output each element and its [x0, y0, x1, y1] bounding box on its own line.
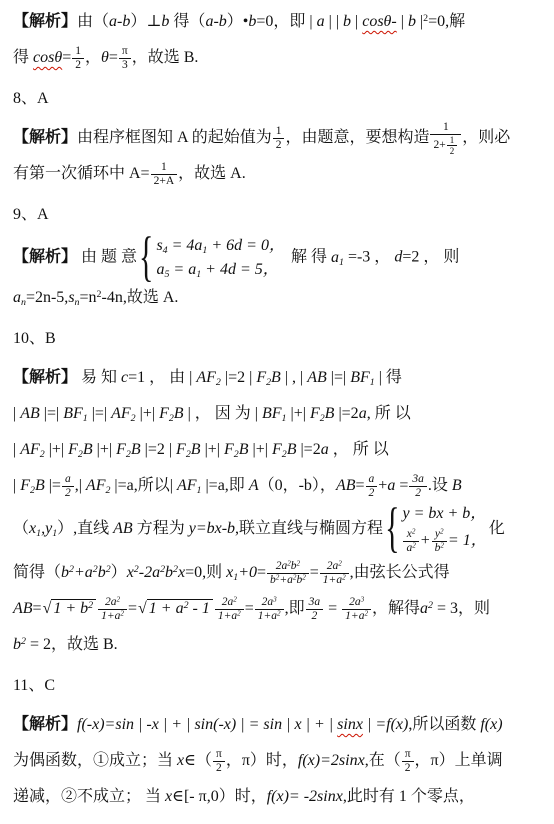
text-run: F2B: [116, 441, 141, 458]
left-brace-icon: {: [139, 225, 153, 292]
fraction-denominator: 2: [72, 59, 84, 72]
text-run: AF1: [177, 477, 202, 494]
text-run: =-3 ，: [344, 249, 394, 266]
text-run: AF2: [196, 369, 221, 386]
text-run: b2: [13, 636, 26, 653]
text-run: =: [324, 600, 341, 617]
text-run: ， 所 以: [329, 441, 389, 458]
fraction-denominator: 2: [366, 487, 378, 500]
spellcheck-squiggle-text: cosθ-: [362, 13, 397, 30]
text-run: | 得: [375, 369, 402, 386]
text-run: =: [128, 600, 137, 617]
fraction-denominator: 2: [306, 610, 324, 623]
text-run: =: [62, 49, 71, 66]
text-run: ∈（: [184, 752, 212, 769]
text-run: ，π）上单调: [415, 752, 503, 769]
solution-10-line-4: | F2B |=a2,| AF2 |=a,所以| AF1 |=a,即 A（0，-…: [13, 468, 546, 504]
text-run: ）: [111, 564, 127, 581]
text-run: |+|: [201, 441, 224, 458]
answer-9: 9、A: [13, 196, 546, 234]
fraction-numerator: 3a: [306, 596, 324, 610]
text-run: 由（: [77, 13, 109, 30]
text-run: ，解得: [372, 600, 420, 617]
text-run: （: [13, 520, 29, 537]
text-run: ）•: [227, 13, 249, 30]
square-root: √1 + b2: [43, 599, 97, 619]
fraction: 12: [273, 125, 285, 152]
solution-10-line-7: AB=√1 + b22a21+a2=√1 + a2 - 12a21+a2=2a3…: [13, 591, 546, 627]
fraction-denominator: 1+a2: [342, 610, 371, 623]
text-run: AB: [20, 405, 40, 422]
text-run: F2B: [20, 477, 45, 494]
solution-10-line-3: | AF2 |+| F2B |+| F2B |=2 | F2B |+| F2B …: [13, 432, 546, 468]
text-run: BF1: [63, 405, 88, 422]
solution-11-line-3: 递减，②不成立； 当 x∈[- π,0）时，f(x)= -2sinx,此时有 1…: [13, 779, 546, 815]
text-run: ，由题意，要想构造: [285, 129, 429, 146]
solution-8-line-2: 有第一次循环中 A=12+A，故选 A.: [13, 156, 546, 192]
text-run: +: [378, 477, 387, 494]
fraction-numerator: x2: [403, 528, 418, 542]
text-run: F2B: [68, 441, 93, 458]
fraction: y2b2: [432, 528, 447, 555]
fraction-denominator: 2: [447, 146, 457, 156]
answer-8: 8、A: [13, 80, 546, 118]
fraction-numerator: 1: [430, 121, 461, 135]
text-run: x1+0: [226, 564, 257, 581]
solution-8-line-1: 【解析】由程序框图知 A 的起始值为12，由题意，要想构造12+12，则必: [13, 120, 546, 156]
fraction-numerator: 1: [72, 45, 84, 59]
text-run: =: [257, 564, 266, 581]
text-run: |+|: [249, 441, 272, 458]
fraction-denominator: a2: [403, 542, 418, 555]
text-run: +: [420, 531, 431, 551]
text-run: ，则必: [462, 129, 510, 146]
fraction-numerator: 2a3: [255, 596, 284, 610]
text-run: |=|: [327, 369, 350, 386]
fraction: 2a31+a2: [342, 596, 371, 623]
text-run: a-b: [205, 13, 226, 30]
spellcheck-squiggle-text: cosθ: [33, 49, 62, 66]
fraction: 12: [447, 135, 457, 156]
fraction-numerator: 3a: [409, 473, 427, 487]
text-run: , 所 以: [367, 405, 411, 422]
text-run: 得: [13, 49, 33, 66]
text-run: s4 = 4a1 + 6d = 0，: [156, 236, 285, 256]
text-run: = 1，: [448, 531, 487, 551]
text-run: =: [355, 477, 364, 494]
text-run: |+|: [287, 405, 310, 422]
fraction: 3a2: [409, 473, 427, 500]
fraction: π2: [402, 748, 414, 775]
solution-7-line-2: 得 cosθ=12，θ=π3，故选 B.: [13, 40, 546, 76]
analysis-label: 【解析】: [13, 13, 77, 30]
fraction-denominator: 1+a2: [320, 574, 349, 587]
fraction-numerator: 2a3: [342, 596, 371, 610]
text-run: θ: [101, 49, 109, 66]
fraction-denominator: 2: [213, 762, 225, 775]
text-run: |=: [45, 477, 61, 494]
fraction-numerator: 1: [151, 161, 178, 175]
solution-9-line-2: an=2n-5,sn=n2-4n,故选 A.: [13, 280, 546, 316]
text-run: |=2 |: [221, 369, 256, 386]
analysis-label: 【解析】: [13, 249, 77, 266]
text-run: 简得（: [13, 564, 61, 581]
text-run: |=|: [40, 405, 63, 422]
text-run: ,在（: [365, 752, 401, 769]
text-run: AB: [336, 477, 356, 494]
text-run: ,联立直线与椭圆方程: [235, 520, 383, 537]
fraction-numerator: π: [119, 45, 131, 59]
text-run: f(x): [480, 716, 502, 733]
solution-10-line-1: 【解析】 易 知 c=1 ， 由 | AF2 |=2 | F2B | , | A…: [13, 360, 546, 396]
text-run: = 2，故选 B.: [26, 636, 118, 653]
text-run: a: [317, 13, 325, 30]
text-run: |+|: [45, 441, 68, 458]
fraction-numerator: π: [402, 748, 414, 762]
text-run: =: [109, 49, 118, 66]
document-body: 【解析】由（a-b）⊥b 得（a-b）•b=0，即 | a | | b | co…: [13, 4, 546, 815]
text-run: a2: [420, 600, 433, 617]
text-run: 化: [489, 520, 505, 537]
text-run: | , |: [281, 369, 307, 386]
text-run: =n2-4n,故选 A.: [80, 289, 179, 306]
text-run: ∈[- π,0）时，: [172, 788, 267, 805]
text-run: a5 = a1 + 4d = 5，: [156, 260, 278, 280]
equation-system-line: y = bx + b，: [402, 504, 486, 524]
square-root: √1 + a2 - 1: [138, 599, 213, 619]
text-run: F2B: [256, 369, 281, 386]
text-run: =2n-5,: [26, 289, 68, 306]
text-run: 2+: [433, 139, 445, 151]
fraction-denominator: b2+a2b2: [267, 574, 309, 587]
fraction-numerator: 1: [273, 125, 285, 139]
fraction: 2a2b2b2+a2b2: [267, 560, 309, 587]
fraction: 2a31+a2: [255, 596, 284, 623]
fraction-denominator: 2: [409, 487, 427, 500]
fraction: x2a2: [403, 528, 418, 555]
text-run: ，故选 A.: [178, 165, 246, 182]
solution-10-line-2: | AB |=| BF1 |=| AF2 |+| F2B | ， 因 为 | B…: [13, 396, 546, 432]
text-run: =2 ， 则: [402, 249, 459, 266]
text-run: ,|: [75, 477, 86, 494]
fraction-denominator: 1+a2: [98, 610, 127, 623]
text-run: y = bx + b，: [402, 504, 486, 524]
answer-11: 11、C: [13, 667, 546, 705]
solution-7-line-1: 【解析】由（a-b）⊥b 得（a-b）•b=0，即 | a | | b | co…: [13, 4, 546, 40]
text-run: |+|: [136, 405, 159, 422]
text-run: 由程序框图知 A 的起始值为: [77, 129, 272, 146]
solution-10-line-5: （x1,y1）,直线 AB 方程为 y=bx-b,联立直线与椭圆方程{y = b…: [13, 504, 546, 555]
text-run: |=|: [88, 405, 111, 422]
text-run: AF2: [20, 441, 45, 458]
fraction: 2a21+a2: [215, 596, 244, 623]
fraction: 3a2: [306, 596, 324, 623]
radicand: 1 + a2 - 1: [147, 599, 213, 617]
text-run: AB: [307, 369, 327, 386]
fraction-denominator: b2: [432, 542, 447, 555]
fraction-numerator: π: [213, 748, 225, 762]
text-run: | =f(x): [363, 716, 408, 733]
text-run: b: [343, 13, 351, 30]
text-run: A: [249, 477, 259, 494]
solution-10-line-6: 简得（b2+a2b2）x2-2a2b2x=0,则 x1+0=2a2b2b2+a2…: [13, 555, 546, 591]
fraction-denominator: 2: [273, 139, 285, 152]
text-run: ）,直线: [57, 520, 113, 537]
analysis-label: 【解析】: [13, 369, 77, 386]
text-run: BF1: [262, 405, 287, 422]
text-run: ，故选 B.: [132, 49, 199, 66]
text-run: f(x)=2sinx: [298, 752, 365, 769]
text-run: b: [408, 13, 416, 30]
fraction: a2: [62, 473, 74, 500]
text-run: .设: [428, 477, 452, 494]
text-run: =: [245, 600, 254, 617]
document-page: 【解析】由（a-b）⊥b 得（a-b）•b=0，即 | a | | b | co…: [0, 0, 554, 815]
equation-system: {s4 = 4a1 + 6d = 0，a5 = a1 + 4d = 5，: [139, 236, 285, 280]
text-run: |+|: [93, 441, 116, 458]
text-run: F2B: [272, 441, 297, 458]
text-run: 方程为: [133, 520, 189, 537]
text-run: |=2 |: [141, 441, 176, 458]
fraction-denominator: 2: [402, 762, 414, 775]
text-run: a-b: [109, 13, 130, 30]
text-run: f(x)= -2sinx: [267, 788, 343, 805]
text-run: =: [310, 564, 319, 581]
fraction-numerator: y2: [432, 528, 447, 542]
fraction-numerator: 2a2: [98, 596, 127, 610]
fraction-denominator: 2+12: [430, 135, 461, 156]
fraction: π3: [119, 45, 131, 72]
text-run: =: [395, 477, 408, 494]
fraction: 12+12: [430, 121, 461, 156]
text-run: ,所以函数: [408, 716, 480, 733]
radicand: 1 + b2: [51, 599, 96, 617]
text-run: a1: [331, 249, 344, 266]
fraction-numerator: 2a2: [320, 560, 349, 574]
text-run: =1 ， 由 |: [128, 369, 196, 386]
equation-system-lines: s4 = 4a1 + 6d = 0，a5 = a1 + 4d = 5，: [156, 236, 285, 280]
text-run: |=a,即: [201, 477, 248, 494]
text-run: ,由弦长公式得: [350, 564, 450, 581]
text-run: x2-2a2b2x: [127, 564, 185, 581]
text-run: 为偶函数，①成立；当: [13, 752, 177, 769]
text-run: 有第一次循环中 A=: [13, 165, 150, 182]
text-run: 8、A: [13, 90, 49, 107]
text-run: ，π）时，: [226, 752, 298, 769]
text-run: F2B: [176, 441, 201, 458]
solution-11-line-2: 为偶函数，①成立；当 x∈（π2，π）时，f(x)=2sinx,在（π2，π）上…: [13, 743, 546, 779]
text-run: 11、C: [13, 677, 55, 694]
text-run: |=2: [296, 441, 320, 458]
text-run: =0，即 |: [256, 13, 316, 30]
text-run: x1,y1: [29, 520, 57, 537]
text-run: ）⊥: [130, 13, 161, 30]
text-run: 得（: [169, 13, 205, 30]
text-run: b2+a2b2: [61, 564, 111, 581]
text-run: ,即: [285, 600, 305, 617]
text-run: ,此时有 1 个零点，: [343, 788, 475, 805]
text-run: =0,则: [185, 564, 226, 581]
text-run: 递减，②不成立； 当: [13, 788, 165, 805]
text-run: 9、A: [13, 206, 49, 223]
answer-10: 10、B: [13, 320, 546, 358]
text-run: F2B: [159, 405, 184, 422]
text-run: | ， 因 为 |: [184, 405, 262, 422]
solution-10-line-8: b2 = 2，故选 B.: [13, 627, 546, 663]
solution-9-line-1: 【解析】 由 题 意{s4 = 4a1 + 6d = 0，a5 = a1 + 4…: [13, 236, 546, 280]
text-run: a: [321, 441, 329, 458]
text-run: AB: [13, 600, 33, 617]
text-run: 易 知: [77, 369, 121, 386]
fraction: 12+A: [151, 161, 178, 188]
text-run: （0，-b），: [259, 477, 336, 494]
equation-system-line: s4 = 4a1 + 6d = 0，: [156, 236, 285, 256]
text-run: |=2: [334, 405, 358, 422]
text-run: y=bx-b: [189, 520, 235, 537]
text-run: AF2: [86, 477, 111, 494]
analysis-label: 【解析】: [13, 716, 77, 733]
fraction: 2a21+a2: [98, 596, 127, 623]
text-run: F2B: [224, 441, 249, 458]
text-run: 由 题 意: [77, 249, 137, 266]
text-run: F2B: [310, 405, 335, 422]
solution-11-line-1: 【解析】f(-x)=sin | -x | + | sin(-x) | = sin…: [13, 707, 546, 743]
text-run: 10、B: [13, 330, 56, 347]
spellcheck-squiggle-text: sinx: [337, 716, 363, 733]
fraction: a2: [366, 473, 378, 500]
text-run: | |: [325, 13, 343, 30]
equation-system-line: x2a2 + y2b2 = 1，: [402, 528, 486, 555]
fraction: 12: [72, 45, 84, 72]
fraction-denominator: 1+a2: [215, 610, 244, 623]
fraction-numerator: a: [366, 473, 378, 487]
text-run: AB: [113, 520, 133, 537]
text-run: an: [13, 289, 26, 306]
text-run: =: [33, 600, 42, 617]
radical-sign-icon: √: [138, 600, 147, 617]
fraction-numerator: 2a2b2: [267, 560, 309, 574]
equation-system: {y = bx + b，x2a2 + y2b2 = 1，: [385, 504, 487, 555]
text-run: |: [397, 13, 408, 30]
text-run: ，: [85, 49, 101, 66]
fraction-numerator: 2a2: [215, 596, 244, 610]
text-run: B: [452, 477, 462, 494]
left-brace-icon: {: [385, 496, 399, 563]
analysis-label: 【解析】: [13, 129, 77, 146]
equation-system-lines: y = bx + b，x2a2 + y2b2 = 1，: [402, 504, 486, 555]
fraction: π2: [213, 748, 225, 775]
text-run: AF2: [111, 405, 136, 422]
fraction-denominator: 2+A: [151, 175, 178, 188]
fraction-denominator: 3: [119, 59, 131, 72]
fraction-denominator: 1+a2: [255, 610, 284, 623]
text-run: a: [359, 405, 367, 422]
text-run: = 3，则: [433, 600, 490, 617]
text-run: f(-x)=sin | -x | + | sin(-x) | = sin | x…: [77, 716, 337, 733]
text-run: |=a,所以|: [110, 477, 177, 494]
fraction-numerator: 1: [447, 135, 457, 146]
text-run: |: [351, 13, 362, 30]
text-run: BF1: [350, 369, 375, 386]
text-run: 解 得: [287, 249, 331, 266]
fraction-denominator: 2: [62, 487, 74, 500]
text-run: |2=0,解: [416, 13, 465, 30]
fraction: 2a21+a2: [320, 560, 349, 587]
equation-system-line: a5 = a1 + 4d = 5，: [156, 260, 278, 280]
fraction-numerator: a: [62, 473, 74, 487]
text-run: sn: [68, 289, 79, 306]
